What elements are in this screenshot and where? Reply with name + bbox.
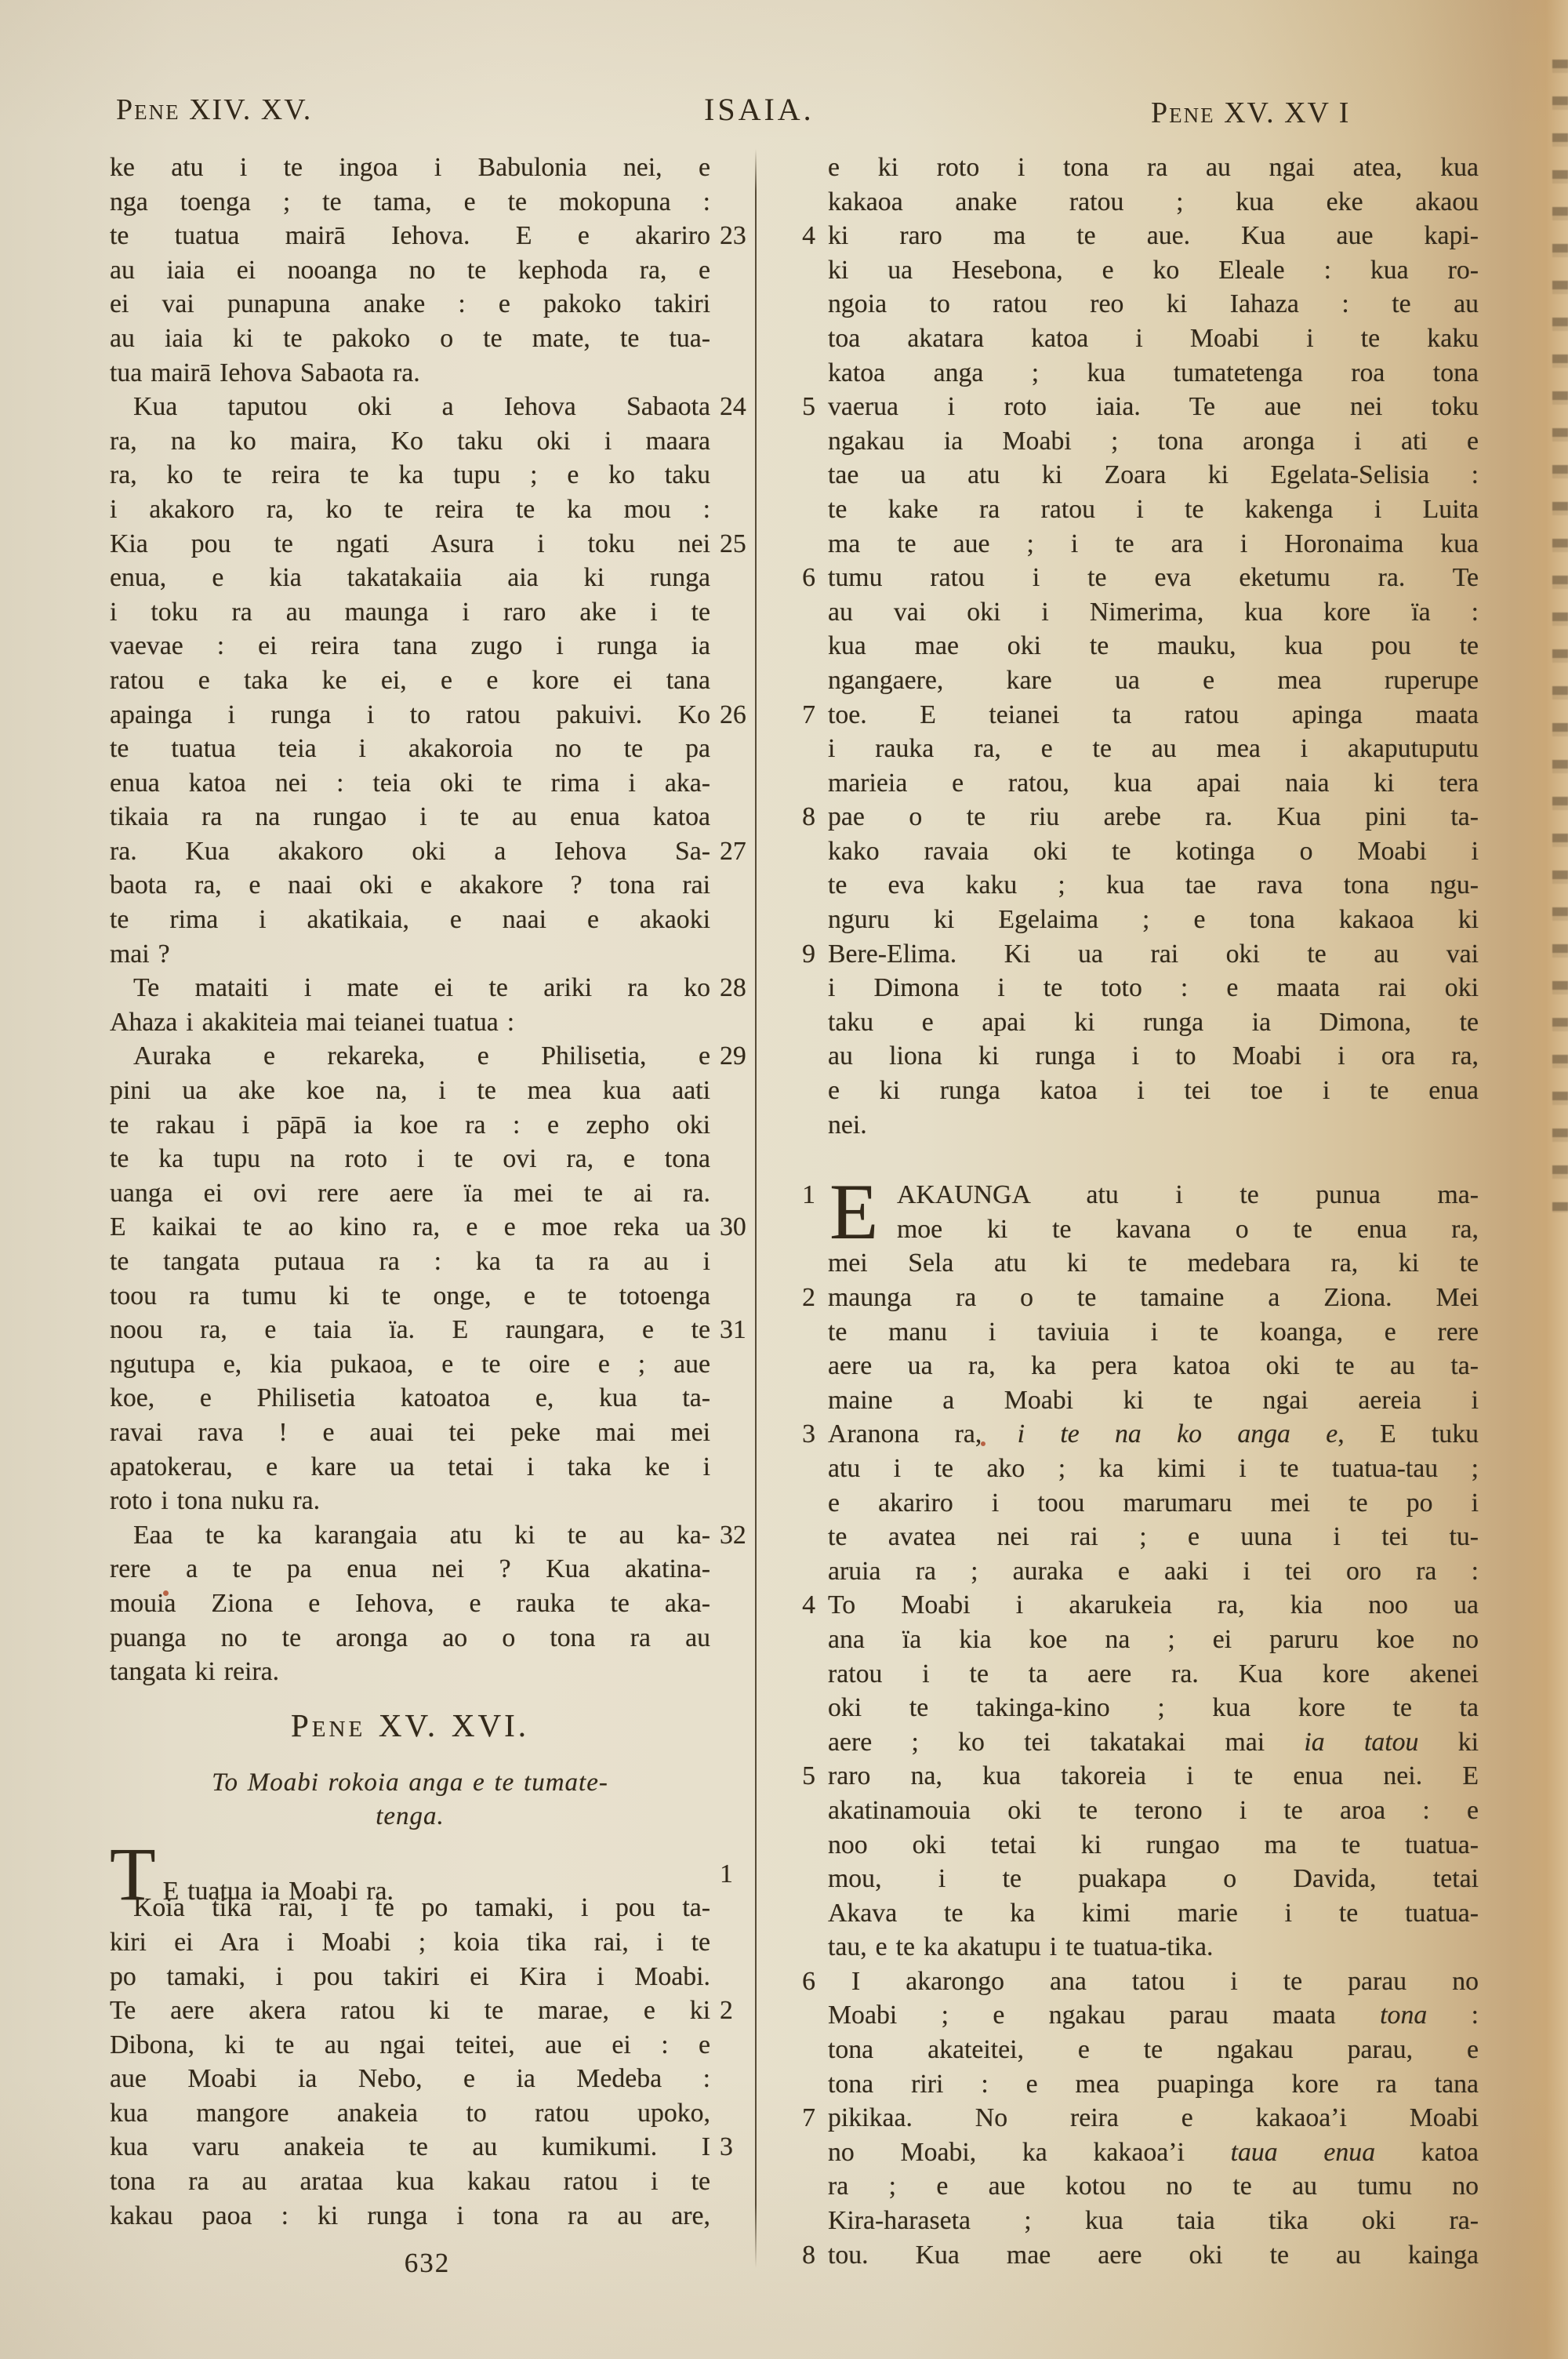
line-text: ratou i te ta aere ra. Kua kore akenei [828,1659,1479,1688]
verse-number: 1 [802,1178,815,1212]
line-text: To Moabi i akarukeia ra, kia noo ua [828,1590,1479,1619]
verse-number: 8 [802,800,815,834]
verse-number: 28 [720,971,746,1005]
text-line: tangata ki reira. [110,1655,710,1689]
line-text: Dibona, ki te au ngai teitei, aue ei : e [110,2030,710,2059]
text-line: mou, i te puakapa o Davida, tetai [828,1862,1479,1896]
text-line: ra, ko te reira te ka tupu ; e ko taku [110,458,710,493]
line-text: tenga. [376,1802,445,1830]
text-line: moe ki te kavana o te enua ra, [828,1212,1479,1247]
line-text: tikaia ra na rungao i te au enua katoa [110,802,710,831]
line-text: nguru ki Egelaima ; e tona kakaoa ki [828,905,1479,934]
text-line: kua mae oki te mauku, kua pou te [828,629,1479,663]
line-text: tona riri : e mea puapinga kore ra tana [828,2070,1479,2099]
line-text: koe, e Philisetia katoatoa e, kua ta- [110,1383,710,1412]
text-line: kako ravaia oki te kotinga o Moabi i [828,834,1479,869]
line-text: ra, na ko maira, Ko taku oki i maara [110,427,710,456]
line-text: ravai rava ! e auai tei peke mai mei [110,1418,710,1447]
line-text: noou ra, e taia ïa. E raungara, e te [110,1315,710,1344]
line-text: Pene XV. XVI. [291,1707,529,1743]
text-line: ngutupa e, kia pukaoa, e te oire e ; aue [110,1347,710,1382]
text-line: puanga no te aronga ao o tona ra au [110,1621,710,1656]
verse-number: 32 [720,1518,746,1553]
text-line: te kake ra ratou i te kakenga i Luita [828,493,1479,527]
text-line: tumu ratou i te eva eketumu ra. Te6 [828,561,1479,595]
line-text: ra. Kua akakoro oki a Iehova Sa- [110,837,710,866]
line-text: ke atu i te ingoa i Babulonia nei, e [110,153,710,182]
line-text: rere a te pa enua nei ? Kua akatina- [110,1554,710,1583]
line-text: ngangaere, kare ua e mea ruperupe [828,666,1479,695]
verse-number: 2 [802,1281,815,1315]
line-text: Ahaza i akakiteia mai teianei tuatua : [110,1008,514,1037]
line-text: po tamaki, i pou takiri ei Kira i Moabi. [110,1962,710,1991]
line-text: ki raro ma te aue. Kua aue kapi- [828,221,1479,250]
right-text-column: e ki roto i tona ra au ngai atea, kuakak… [828,151,1479,2272]
text-line: Dibona, ki te au ngai teitei, aue ei : e [110,2028,710,2063]
line-text: ei vai punapuna anake : e pakoko takiri [110,289,710,318]
text-line: tona akateitei, e te ngakau parau, e [828,2033,1479,2067]
text-line: ravai rava ! e auai tei peke mai mei [110,1416,710,1450]
line-text: mei Sela atu ki te medebara ra, ki te [828,1249,1479,1278]
text-line: ra. Kua akakoro oki a Iehova Sa-27 [110,834,710,869]
line-text: tona akateitei, e te ngakau parau, e [828,2035,1479,2064]
ink-speck [163,1590,169,1596]
line-text: Kua taputou oki a Iehova Sabaota [133,392,710,421]
text-line: mei Sela atu ki te medebara ra, ki te [828,1246,1479,1281]
text-line: tou. Kua mae aere oki te au kainga8 [828,2238,1479,2273]
line-text: Te aere akera ratou ki te marae, e ki [110,1996,710,2025]
line-text: kiri ei Ara i Moabi ; koia tika rai, i t… [110,1928,710,1957]
line-text: toe. E teianei ta ratou apinga maata [828,700,1479,729]
line-text: ratou e taka ke ei, e e kore ei tana [110,666,710,695]
line-text: e ki runga katoa i tei toe i te enua [828,1076,1479,1105]
verse-number: 8 [802,2238,815,2273]
text-line: ngangaere, kare ua e mea ruperupe [828,663,1479,698]
line-text: toou ra tumu ki te onge, e te totoenga [110,1281,710,1310]
line-text: i Dimona i te toto : e maata rai oki [828,973,1479,1002]
text-line: Auraka e rekareka, e Philisetia, e29 [110,1039,710,1074]
text-line: tona ra au arataa kua kakau ratou i te [110,2165,710,2199]
text-line: i rauka ra, e te au mea i akaputuputu [828,732,1479,766]
text-line: maine a Moabi ki te ngai aereia i [828,1383,1479,1418]
text-line: te rima i akatikaia, e naai e akaoki [110,903,710,937]
line-text: aere ; ko tei takatakai mai ia tatou ki [828,1728,1479,1757]
text-line: e ki roto i tona ra au ngai atea, kua [828,151,1479,185]
text-line: nguru ki Egelaima ; e tona kakaoa ki [828,903,1479,937]
line-text: vaevae : ei reira tana zugo i runga ia [110,631,710,660]
line-text: pini ua ake koe na, i te mea kua aati [110,1076,710,1105]
text-line: marieia e ratou, kua apai naia ki tera [828,766,1479,801]
text-line: Moabi ; e ngakau parau maata tona : [828,1998,1479,2033]
verse-number: 7 [802,698,815,732]
line-text: te rima i akatikaia, e naai e akaoki [110,905,710,934]
line-text: te manu i taviuia i te koanga, e rere [828,1318,1479,1347]
text-line: no Moabi, ka kakaoa’i taua enua katoa [828,2135,1479,2170]
line-text: i toku ra au maunga i raro ake i te [110,598,710,627]
line-text: ma te aue ; i te ara i Horonaima kua [828,529,1479,558]
line-text: aruia ra ; auraka e aaki i tei oro ra : [828,1557,1479,1586]
line-text: nga toenga ; te tama, e te mokopuna : [110,187,710,216]
line-text: aere ua ra, ka pera katoa oki te au ta- [828,1351,1479,1380]
text-line: To Moabi i akarukeia ra, kia noo ua4 [828,1588,1479,1623]
chapter-subtitle: To Moabi rokoia anga e te tumate- [110,1766,710,1800]
line-text: tae ua atu ki Zoara ki Egelata-Selisia : [828,460,1479,489]
line-text: nei. [828,1110,867,1140]
line-text: puanga no te aronga ao o tona ra au [110,1623,710,1652]
chapter-subtitle: tenga. [110,1800,710,1834]
line-text: Kira-haraseta ; kua taia tika oki ra- [828,2206,1479,2235]
text-line: e akariro i toou marumaru mei te po i [828,1486,1479,1521]
text-line: Aranona ra, i te na ko anga e, E tuku3 [828,1417,1479,1452]
line-text: ngakau ia Moabi ; tona aronga i ati e [828,427,1479,456]
page-number: 632 [368,2248,486,2279]
line-text: mou, i te puakapa o Davida, tetai [828,1864,1479,1893]
line-text: au iaia ki te pakoko o te mate, te tua- [110,324,710,353]
line-text: kakau paoa : ki runga i tona ra au are, [110,2201,710,2230]
text-line: kakau paoa : ki runga i tona ra au are, [110,2199,710,2234]
text-line: koe, e Philisetia katoatoa e, kua ta- [110,1381,710,1416]
text-line: aere ; ko tei takatakai mai ia tatou ki [828,1725,1479,1760]
line-text: te ka tupu na roto i te ovi ra, e tona [110,1144,710,1173]
text-line: Te mataiti i mate ei te ariki ra ko28 [110,971,710,1005]
text-line: te avatea nei rai ; e uuna i tei tu- [828,1520,1479,1554]
verse-number: 23 [720,219,746,253]
text-line: noou ra, e taia ïa. E raungara, e te31 [110,1313,710,1347]
verse-number: 25 [720,527,746,562]
text-line: i akakoro ra, ko te reira te ka mou : [110,493,710,527]
text-line: atu i te ako ; ka kimi i te tuatua-tau ; [828,1452,1479,1486]
text-line: mouia Ziona e Iehova, e rauka te aka- [110,1587,710,1621]
line-text: mai ? [110,940,170,969]
verse-number: 29 [720,1039,746,1074]
line-text: Koia tika rai, i te po tamaki, i pou ta- [133,1893,710,1922]
text-line: po tamaki, i pou takiri ei Kira i Moabi. [110,1960,710,1994]
line-text: au vai oki i Nimerima, kua kore ïa : [828,598,1479,627]
text-line: kua varu anakeia te au kumikumi. I3 [110,2130,710,2165]
verse-number: 31 [720,1313,746,1347]
line-text: te eva kaku ; kua tae rava tona ngu- [828,871,1479,900]
text-line: ei vai punapuna anake : e pakoko takiri [110,287,710,322]
text-line: toou ra tumu ki te onge, e te totoenga [110,1279,710,1314]
text-line: I akarongo ana tatou i te parau no6 [828,1965,1479,1999]
line-text: tona ra au arataa kua kakau ratou i te [110,2167,710,2196]
text-line: aere ua ra, ka pera katoa oki te au ta- [828,1349,1479,1383]
line-text: marieia e ratou, kua apai naia ki tera [828,769,1479,798]
text-line: enua, e kia takatakaiia aia ki runga [110,561,710,595]
text-line: toe. E teianei ta ratou apinga maata7 [828,698,1479,732]
line-text: enua, e kia takatakaiia aia ki runga [110,563,710,592]
text-line: Akava te ka kimi marie i te tuatua- [828,1896,1479,1931]
text-line: ngoia to ratou reo ki Iahaza : te au [828,287,1479,322]
line-text: tangata ki reira. [110,1657,279,1686]
line-text: I akarongo ana tatou i te parau no [851,1967,1479,1996]
line-text: te kake ra ratou i te kakenga i Luita [828,495,1479,524]
text-line: te tangata putaua ra : ka ta ra au i [110,1245,710,1279]
spacer [828,1142,1479,1178]
line-text: tua mairā Iehova Sabaota ra. [110,358,420,387]
text-line: aue Moabi ia Nebo, e ia Medeba : [110,2062,710,2096]
text-line: raro na, kua takoreia i te enua nei. E5 [828,1759,1479,1794]
line-text: kako ravaia oki te kotinga o Moabi i [828,837,1479,866]
line-text: Aranona ra, i te na ko anga e, E tuku [828,1419,1479,1448]
verse-number: 7 [802,2101,815,2135]
line-text: ngoia to ratou reo ki Iahaza : te au [828,289,1479,318]
text-line: au iaia ei nooanga no te kephoda ra, e [110,253,710,288]
line-text: maunga ra o te tamaine a Ziona. Mei [828,1283,1479,1312]
line-text: tau, e te ka akatupu i te tuatua-tika. [828,1932,1213,1961]
verse-number: 1 [720,1857,733,1892]
text-line: nei. [828,1108,1479,1143]
text-line: te rakau i pāpā ia koe ra : e zepho oki [110,1108,710,1143]
verse-number: 30 [720,1210,746,1245]
line-text: Eaa te ka karangaia atu ki te au ka- [133,1521,710,1550]
text-line: ratou i te ta aere ra. Kua kore akenei [828,1657,1479,1692]
text-line: e ki runga katoa i tei toe i te enua [828,1074,1479,1108]
text-line: tae ua atu ki Zoara ki Egelata-Selisia : [828,458,1479,493]
text-line: tona riri : e mea puapinga kore ra tana [828,2067,1479,2102]
spacer [110,1747,710,1766]
line-text: tumu ratou i te eva eketumu ra. Te [828,563,1479,592]
text-line: tua mairā Iehova Sabaota ra. [110,356,710,391]
line-text: tou. Kua mae aere oki te au kainga [828,2241,1479,2270]
text-line: Ahaza i akakiteia mai teianei tuatua : [110,1005,710,1040]
verse-number: 27 [720,834,746,869]
line-text: moe ki te kavana o te enua ra, [897,1215,1479,1244]
line-text: uanga ei ovi rere aere ïa mei te ai ra. [110,1179,710,1208]
text-line: Te aere akera ratou ki te marae, e ki2 [110,1994,710,2028]
line-text: ra ; e aue kotou no te au tumu no [828,2172,1479,2201]
verse-number: 4 [802,219,815,253]
line-text: roto i tona nuku ra. [110,1486,320,1515]
line-text: E kaikai te ao kino ra, e e moe reka ua [110,1212,710,1241]
running-head-left: Pene XIV. XV. [116,93,312,127]
line-text: Akava te ka kimi marie i te tuatua- [828,1899,1479,1928]
running-head-right: Pene XV. XV I [1151,96,1350,130]
text-line: ki raro ma te aue. Kua aue kapi-4 [828,219,1479,253]
text-line: noo oki tetai ki rungao ma te tuatua- [828,1828,1479,1863]
line-text: vaerua i roto iaia. Te aue nei toku [828,392,1479,421]
text-line: mai ? [110,937,710,972]
text-line: Koia tika rai, i te po tamaki, i pou ta- [110,1891,710,1925]
text-line: katoa anga ; kua tumatetenga roa tona [828,356,1479,391]
line-text: atu i te ako ; ka kimi i te tuatua-tau ; [828,1454,1479,1483]
text-line: Eaa te ka karangaia atu ki te au ka-32 [110,1518,710,1553]
line-text: ra, ko te reira te ka tupu ; e ko taku [110,460,710,489]
text-line: oki te takinga-kino ; kua kore te ta [828,1691,1479,1725]
line-text: au iaia ei nooanga no te kephoda ra, e [110,256,710,285]
text-line: ra ; e aue kotou no te au tumu no [828,2169,1479,2204]
line-text: ki ua Hesebona, e ko Eleale : kua ro- [828,256,1479,285]
verse-number: 9 [802,937,815,972]
line-text: e ki roto i tona ra au ngai atea, kua [828,153,1479,182]
text-line: ratou e taka ke ei, e e kore ei tana [110,663,710,698]
text-line: kakaoa anake ratou ; kua eke akaou [828,185,1479,220]
text-line: te eva kaku ; kua tae rava tona ngu- [828,868,1479,903]
text-line: apatokerau, e kare ua tetai i taka ke i [110,1450,710,1485]
column-divider-rule [755,149,757,2268]
verse-number: 6 [802,561,815,595]
line-text: kua mae oki te mauku, kua pou te [828,631,1479,660]
line-text: Bere-Elima. Ki ua rai oki te au vai [828,940,1479,969]
verse-number: 24 [720,390,746,424]
line-text: apainga i runga i to ratou pakuivi. Ko [110,700,710,729]
line-text: akatinamouia oki te terono i te aroa : e [828,1796,1479,1825]
text-line: toa akatara katoa i Moabi i te kaku [828,322,1479,356]
verse-number: 3 [802,1417,815,1452]
text-line: i toku ra au maunga i raro ake i te [110,595,710,630]
text-line: Bere-Elima. Ki ua rai oki te au vai9 [828,937,1479,972]
text-line: ana ïa kia koe na ; ei paruru koe no [828,1623,1479,1657]
left-text-column: ke atu i te ingoa i Babulonia nei, enga … [110,151,710,2233]
line-text: oki te takinga-kino ; kua kore te ta [828,1693,1479,1722]
text-line: te manu i taviuia i te koanga, e rere [828,1315,1479,1350]
text-line: enua katoa nei : teia oki te rima i aka- [110,766,710,801]
verse-number: 5 [802,1759,815,1794]
line-text: baota ra, e naai oki e akakore ? tona ra… [110,871,710,900]
text-line: pae o te riu arebe ra. Kua pini ta-8 [828,800,1479,834]
line-text: Te mataiti i mate ei te ariki ra ko [133,973,710,1002]
text-line: i Dimona i te toto : e maata rai oki [828,971,1479,1005]
line-text: Kia pou te ngati Asura i toku nei [110,529,710,558]
spacer [110,1689,710,1703]
text-line: Kua taputou oki a Iehova Sabaota24 [110,390,710,424]
text-line: TE tuatua ia Moabi ra.1 [110,1857,710,1892]
text-line: apainga i runga i to ratou pakuivi. Ko26 [110,698,710,732]
line-text: AKAUNGA atu i te punua ma- [897,1180,1479,1209]
line-text: maine a Moabi ki te ngai aereia i [828,1386,1479,1415]
line-text: raro na, kua takoreia i te enua nei. E [828,1761,1479,1790]
text-line: ki ua Hesebona, e ko Eleale : kua ro- [828,253,1479,288]
line-text: kua varu anakeia te au kumikumi. I [110,2132,710,2161]
verse-number: 6 [802,1965,815,1999]
text-line: nga toenga ; te tama, e te mokopuna : [110,185,710,220]
text-line: maunga ra o te tamaine a Ziona. Mei2 [828,1281,1479,1315]
text-line: te tuatua teia i akakoroia no te pa [110,732,710,766]
line-text: te tangata putaua ra : ka ta ra au i [110,1247,710,1276]
line-text: toa akatara katoa i Moabi i te kaku [828,324,1479,353]
text-line: Kira-haraseta ; kua taia tika oki ra- [828,2204,1479,2238]
text-line: au liona ki runga i to Moabi i ora ra, [828,1039,1479,1074]
text-line: ma te aue ; i te ara i Horonaima kua [828,527,1479,562]
text-line: tikaia ra na rungao i te au enua katoa [110,800,710,834]
text-line: ra, na ko maira, Ko taku oki i maara [110,424,710,459]
line-text: no Moabi, ka kakaoa’i taua enua katoa [828,2138,1479,2167]
next-page-edge [1552,36,1568,1212]
line-text: i akakoro ra, ko te reira te ka mou : [110,495,710,524]
line-text: To Moabi rokoia anga e te tumate- [212,1768,608,1797]
text-line: E kaikai te ao kino ra, e e moe reka ua3… [110,1210,710,1245]
line-text: kakaoa anake ratou ; kua eke akaou [828,187,1479,216]
text-line: vaevae : ei reira tana zugo i runga ia [110,629,710,663]
line-text: mouia Ziona e Iehova, e rauka te aka- [110,1589,710,1618]
text-line: Kia pou te ngati Asura i toku nei25 [110,527,710,562]
line-text: ngutupa e, kia pukaoa, e te oire e ; aue [110,1350,710,1379]
text-line: ngakau ia Moabi ; tona aronga i ati e [828,424,1479,459]
text-line: te tuatua mairā Iehova. E e akariro23 [110,219,710,253]
line-text: te avatea nei rai ; e uuna i tei tu- [828,1522,1479,1551]
text-line: pikikaa. No reira e kakaoa’i Moabi7 [828,2101,1479,2135]
line-text: pae o te riu arebe ra. Kua pini ta- [828,802,1479,831]
text-line: EAKAUNGA atu i te punua ma-1 [828,1178,1479,1212]
chapter-heading: Pene XV. XVI. [110,1703,710,1747]
verse-number: 4 [802,1588,815,1623]
text-line: akatinamouia oki te terono i te aroa : e [828,1794,1479,1828]
line-text: noo oki tetai ki rungao ma te tuatua- [828,1830,1479,1859]
text-line: rere a te pa enua nei ? Kua akatina- [110,1552,710,1587]
text-line: ke atu i te ingoa i Babulonia nei, e [110,151,710,185]
line-text: Moabi ; e ngakau parau maata tona : [828,2001,1479,2030]
spacer [110,1834,710,1857]
scanned-book-page: Pene XIV. XV. ISAIA. Pene XV. XV I ke at… [0,0,1568,2359]
line-text: te tuatua mairā Iehova. E e akariro [110,221,710,250]
line-text: te tuatua teia i akakoroia no te pa [110,734,710,763]
line-text: enua katoa nei : teia oki te rima i aka- [110,769,710,798]
line-text: kua mangore anakeia to ratou upoko, [110,2099,710,2128]
line-text: apatokerau, e kare ua tetai i taka ke i [110,1452,710,1481]
verse-number: 26 [720,698,746,732]
text-line: au vai oki i Nimerima, kua kore ïa : [828,595,1479,630]
verse-number: 3 [720,2130,733,2165]
line-text: ana ïa kia koe na ; ei paruru koe no [828,1625,1479,1654]
line-text: e akariro i toou marumaru mei te po i [828,1488,1479,1518]
line-text: te rakau i pāpā ia koe ra : e zepho oki [110,1110,710,1140]
text-line: baota ra, e naai oki e akakore ? tona ra… [110,868,710,903]
text-line: kiri ei Ara i Moabi ; koia tika rai, i t… [110,1925,710,1960]
text-line: pini ua ake koe na, i te mea kua aati [110,1074,710,1108]
verse-number: 5 [802,390,815,424]
running-head-title: ISAIA. [704,91,815,128]
text-line: uanga ei ovi rere aere ïa mei te ai ra. [110,1176,710,1211]
ink-speck [981,1441,985,1446]
text-line: roto i tona nuku ra. [110,1484,710,1518]
line-text: katoa anga ; kua tumatetenga roa tona [828,358,1479,387]
line-text: taku e apai ki runga ia Dimona, te [828,1008,1479,1037]
text-line: te ka tupu na roto i te ovi ra, e tona [110,1142,710,1176]
text-line: taku e apai ki runga ia Dimona, te [828,1005,1479,1040]
line-text: au liona ki runga i to Moabi i ora ra, [828,1041,1479,1070]
text-line: vaerua i roto iaia. Te aue nei toku5 [828,390,1479,424]
verse-number: 2 [720,1994,733,2028]
text-line: kua mangore anakeia to ratou upoko, [110,2096,710,2131]
text-line: aruia ra ; auraka e aaki i tei oro ra : [828,1554,1479,1589]
line-text: aue Moabi ia Nebo, e ia Medeba : [110,2064,710,2093]
line-text: pikikaa. No reira e kakaoa’i Moabi [828,2103,1479,2132]
text-line: au iaia ki te pakoko o te mate, te tua- [110,322,710,356]
line-text: i rauka ra, e te au mea i akaputuputu [828,734,1479,763]
text-line: tau, e te ka akatupu i te tuatua-tika. [828,1930,1479,1965]
line-text: Auraka e rekareka, e Philisetia, e [133,1041,710,1070]
